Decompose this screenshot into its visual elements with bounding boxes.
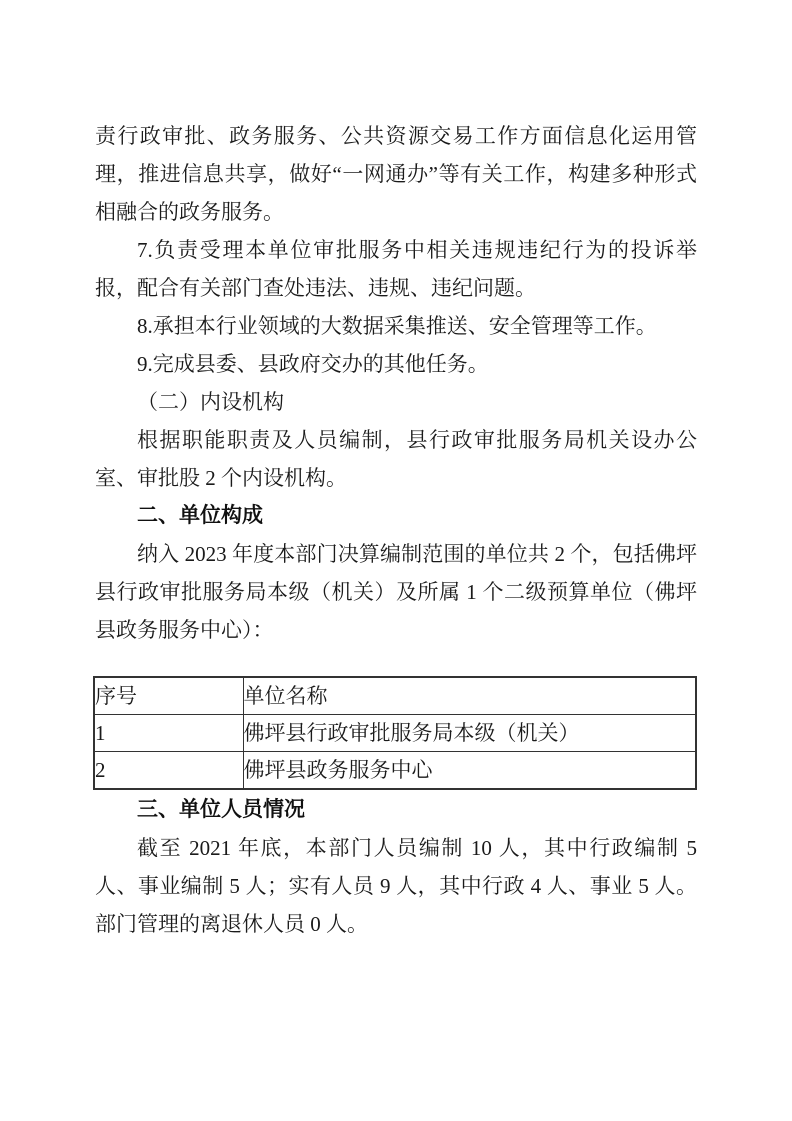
paragraph-personnel: 截至 2021 年底，本部门人员编制 10 人，其中行政编制 5 人、事业编制 …	[95, 829, 697, 943]
document-content: 责行政审批、政务服务、公共资源交易工作方面信息化运用管理，推进信息共享，做好“一…	[95, 117, 697, 943]
paragraph-duty-8: 8.承担本行业领域的大数据采集推送、安全管理等工作。	[95, 307, 697, 345]
paragraph-duty-continued: 责行政审批、政务服务、公共资源交易工作方面信息化运用管理，推进信息共享，做好“一…	[95, 117, 697, 231]
units-table-header-name: 单位名称	[243, 677, 696, 715]
paragraph-duty-7: 7.负责受理本单位审批服务中相关违规违纪行为的投诉举报，配合有关部门查处违法、违…	[95, 231, 697, 307]
units-table: 序号 单位名称 1 佛坪县行政审批服务局本级（机关） 2 佛坪县政务服务中心	[93, 676, 697, 790]
table-cell-name: 佛坪县政务服务中心	[243, 752, 696, 790]
table-row: 2 佛坪县政务服务中心	[94, 752, 696, 790]
table-row: 1 佛坪县行政审批服务局本级（机关）	[94, 715, 696, 752]
paragraph-unit-composition-intro: 纳入 2023 年度本部门决算编制范围的单位共 2 个，包括佛坪县行政审批服务局…	[95, 535, 697, 649]
units-table-header-no: 序号	[94, 677, 243, 715]
section-heading-personnel: 三、单位人员情况	[95, 791, 697, 829]
paragraph-duty-9: 9.完成县委、县政府交办的其他任务。	[95, 345, 697, 383]
section-heading-unit-composition: 二、单位构成	[95, 497, 697, 535]
table-cell-name: 佛坪县行政审批服务局本级（机关）	[243, 715, 696, 752]
table-cell-no: 2	[94, 752, 243, 790]
paragraph-internal-orgs: 根据职能职责及人员编制，县行政审批服务局机关设办公室、审批股 2 个内设机构。	[95, 421, 697, 497]
units-table-header-row: 序号 单位名称	[94, 677, 696, 715]
table-cell-no: 1	[94, 715, 243, 752]
document-page: 责行政审批、政务服务、公共资源交易工作方面信息化运用管理，推进信息共享，做好“一…	[0, 0, 792, 1121]
subsection-heading-internal-orgs: （二）内设机构	[95, 383, 697, 421]
